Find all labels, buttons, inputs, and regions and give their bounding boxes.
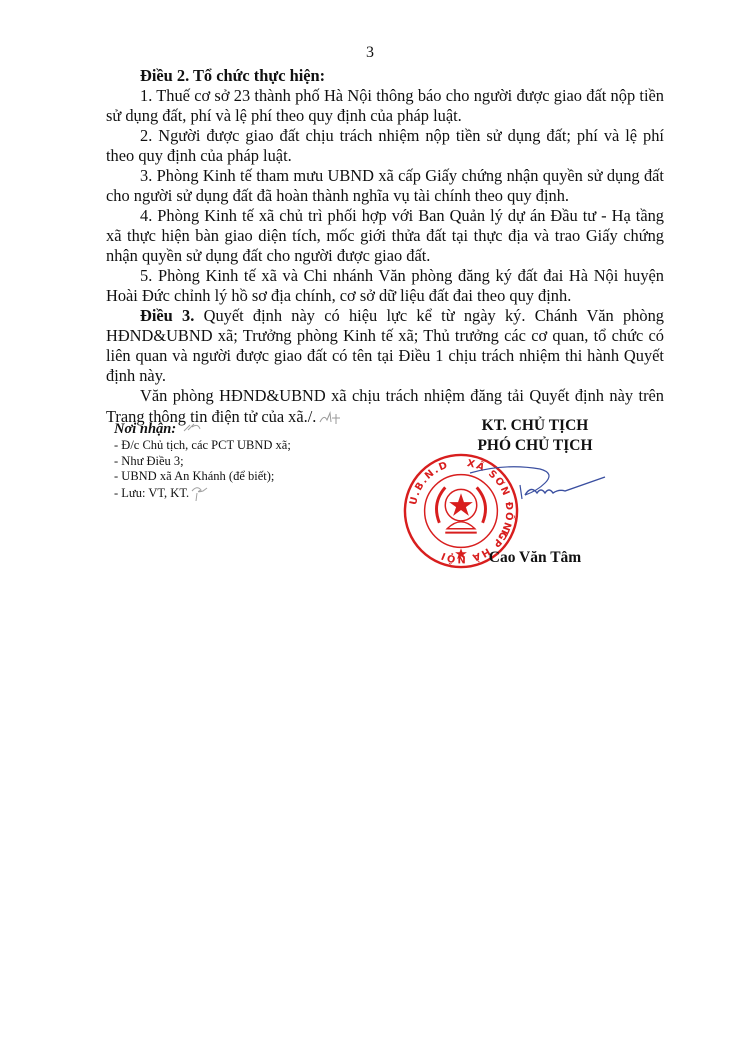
recipients-title: Nơi nhận: (114, 420, 414, 438)
document-body: Điều 2. Tổ chức thực hiện: 1. Thuế cơ sở… (106, 66, 664, 427)
article-2-item-4: 4. Phòng Kinh tế xã chủ trì phối hợp với… (106, 206, 664, 266)
initial-mark-icon (182, 421, 204, 433)
article-3-paragraph: Điều 3. Quyết định này có hiệu lực kể từ… (106, 306, 664, 386)
svg-text:U.B.N.D: U.B.N.D (408, 460, 450, 506)
signer-name: Cao Văn Tâm (440, 549, 630, 567)
recipients-block: Nơi nhận: - Đ/c Chủ tịch, các PCT UBND x… (114, 420, 414, 503)
article-2-item-3: 3. Phòng Kinh tế tham mưu UBND xã cấp Gi… (106, 166, 664, 206)
handwritten-signature-icon (465, 455, 610, 515)
signer-authority: KT. CHỦ TỊCH (440, 416, 630, 436)
article-2-item-2: 2. Người được giao đất chịu trách nhiệm … (106, 126, 664, 166)
article-3-label: Điều 3. (140, 306, 194, 325)
signature-block: KT. CHỦ TỊCH PHÓ CHỦ TỊCH (440, 416, 630, 456)
page-number: 3 (0, 44, 740, 62)
article-2-item-5: 5. Phòng Kinh tế xã và Chi nhánh Văn phò… (106, 266, 664, 306)
recipient-item: - Lưu: VT, KT. (114, 485, 414, 503)
recipient-item: - UBND xã An Khánh (để biết); (114, 469, 414, 485)
recipient-item: - Đ/c Chủ tịch, các PCT UBND xã; (114, 438, 414, 454)
initial-mark-icon (189, 485, 209, 503)
recipient-item: - Như Điều 3; (114, 454, 414, 470)
article-2-item-1: 1. Thuế cơ sở 23 thành phố Hà Nội thông … (106, 86, 664, 126)
article-2-heading: Điều 2. Tổ chức thực hiện: (106, 66, 664, 86)
signer-title: PHÓ CHỦ TỊCH (440, 436, 630, 456)
